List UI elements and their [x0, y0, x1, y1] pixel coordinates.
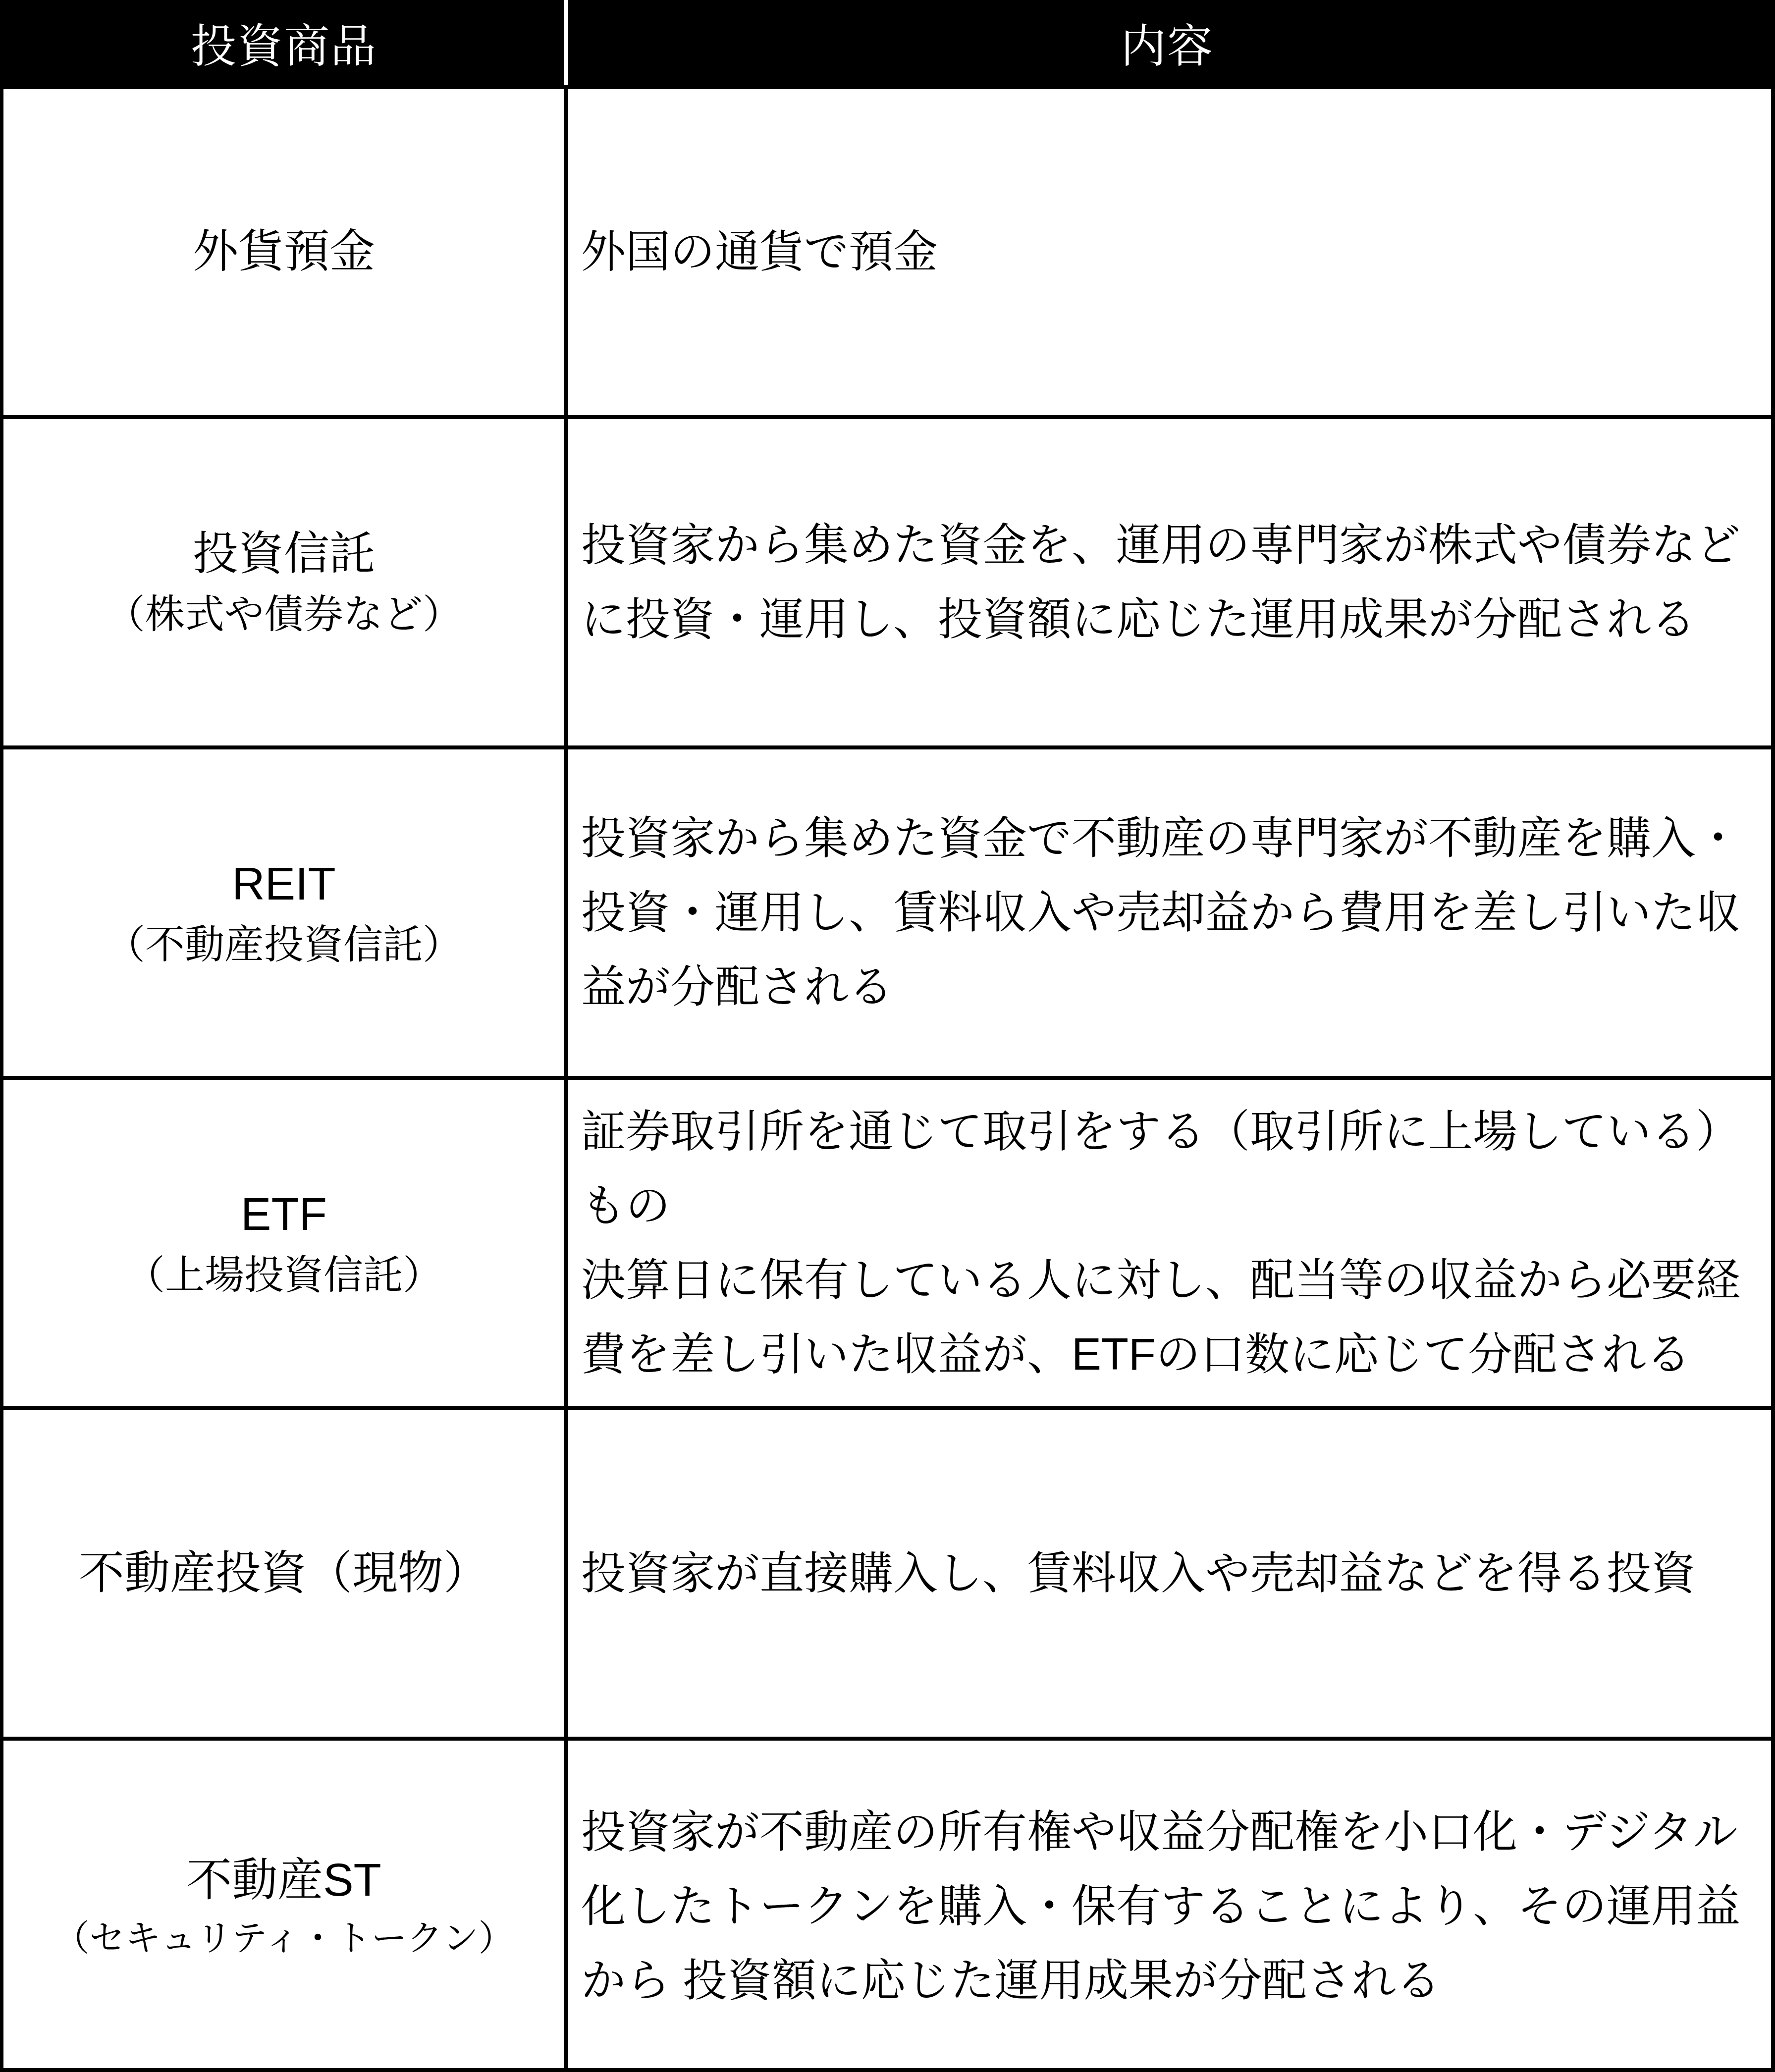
- product-cell: 不動産ST （セキュリティ・トークン）: [3, 1741, 564, 2072]
- description-text: 投資家が不動産の所有権や収益分配権を小口化・デジタル 化したトークンを購入・保有…: [581, 1795, 1740, 2018]
- column-header-product: 投資商品: [3, 0, 564, 85]
- product-cell: 不動産投資（現物）: [3, 1410, 564, 1737]
- investment-products-table: 投資商品 内容 外貨預金 外国の通貨で預金 投資信託 （株式や債券など） 投資家…: [0, 0, 1775, 2072]
- column-header-description: 内容: [564, 0, 1771, 85]
- product-sub-label: （上場投資信託）: [125, 1249, 442, 1301]
- product-sub-label: （セキュリティ・トークン）: [54, 1915, 514, 1962]
- description-text: 証券取引所を通じて取引をする（取引所に上場している） もの 決算日に保有している…: [581, 1095, 1740, 1392]
- description-text: 投資家から集めた資金を、運用の専門家が株式や債券など に投資・運用し、投資額に応…: [581, 508, 1740, 657]
- product-cell: 投資信託 （株式や債券など）: [3, 419, 564, 745]
- table-row-etf: ETF （上場投資信託） 証券取引所を通じて取引をする（取引所に上場している） …: [3, 1076, 1771, 1406]
- description-cell: 外国の通貨で預金: [564, 89, 1771, 415]
- product-name: REIT: [232, 854, 336, 914]
- product-sub-label: （不動産投資信託）: [106, 918, 462, 971]
- table-row-investment-trust: 投資信託 （株式や債券など） 投資家から集めた資金を、運用の専門家が株式や債券な…: [3, 415, 1771, 745]
- table-row-real-estate-st: 不動産ST （セキュリティ・トークン） 投資家が不動産の所有権や収益分配権を小口…: [3, 1737, 1771, 2072]
- column-header-product-label: 投資商品: [191, 10, 377, 75]
- product-name: 不動産ST: [186, 1851, 381, 1911]
- product-cell: REIT （不動産投資信託）: [3, 749, 564, 1076]
- product-name: 外貨預金: [193, 222, 375, 282]
- column-header-description-label: 内容: [1121, 10, 1214, 75]
- table-row-foreign-currency-deposit: 外貨預金 外国の通貨で預金: [3, 85, 1771, 415]
- description-cell: 投資家から集めた資金を、運用の専門家が株式や債券など に投資・運用し、投資額に応…: [564, 419, 1771, 745]
- product-name: ETF: [241, 1185, 327, 1245]
- description-cell: 証券取引所を通じて取引をする（取引所に上場している） もの 決算日に保有している…: [564, 1080, 1771, 1406]
- product-name: 投資信託: [193, 524, 375, 584]
- table-row-reit: REIT （不動産投資信託） 投資家から集めた資金で不動産の専門家が不動産を購入…: [3, 745, 1771, 1076]
- table-row-real-estate-physical: 不動産投資（現物） 投資家が直接購入し、賃料収入や売却益などを得る投資: [3, 1406, 1771, 1737]
- description-cell: 投資家から集めた資金で不動産の専門家が不動産を購入・ 投資・運用し、賃料収入や売…: [564, 749, 1771, 1076]
- product-sub-label: （株式や債券など）: [106, 588, 462, 640]
- description-text: 外国の通貨で預金: [581, 215, 938, 289]
- description-cell: 投資家が不動産の所有権や収益分配権を小口化・デジタル 化したトークンを購入・保有…: [564, 1741, 1771, 2072]
- product-cell: ETF （上場投資信託）: [3, 1080, 564, 1406]
- description-cell: 投資家が直接購入し、賃料収入や売却益などを得る投資: [564, 1410, 1771, 1737]
- product-name: 不動産投資（現物）: [79, 1543, 489, 1603]
- product-cell: 外貨預金: [3, 89, 564, 415]
- table-header-row: 投資商品 内容: [3, 0, 1771, 85]
- description-text: 投資家から集めた資金で不動産の専門家が不動産を購入・ 投資・運用し、賃料収入や売…: [581, 801, 1740, 1024]
- description-text: 投資家が直接購入し、賃料収入や売却益などを得る投資: [581, 1537, 1696, 1611]
